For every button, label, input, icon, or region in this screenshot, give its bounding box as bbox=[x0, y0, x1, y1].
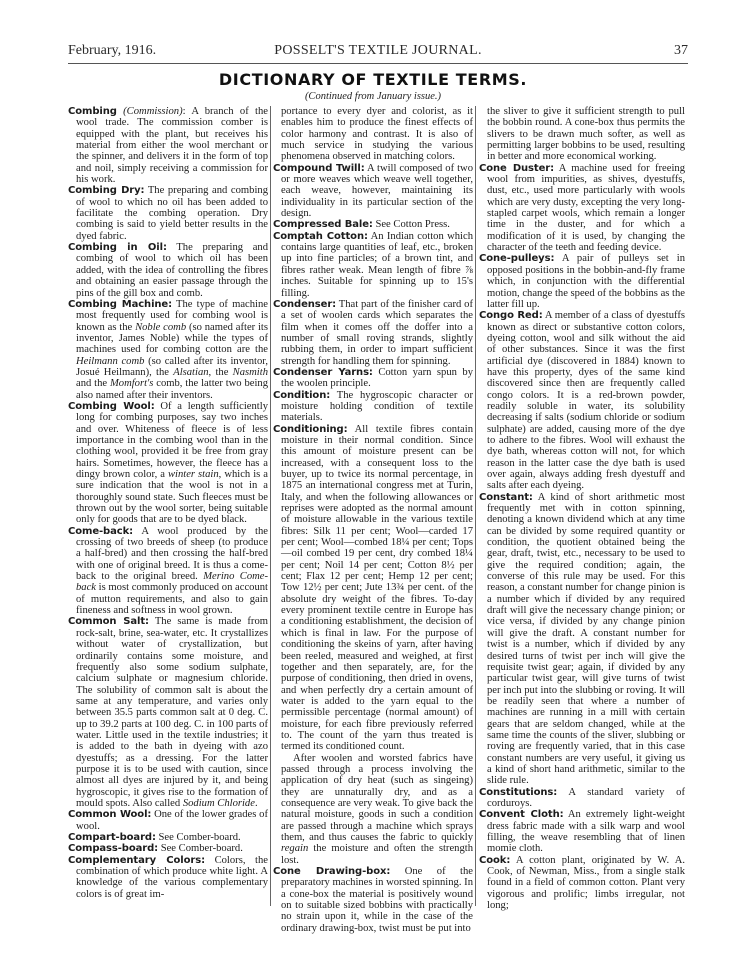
entry-definition: A kind of short arithmetic most frequent… bbox=[487, 492, 685, 787]
italic-term: regain bbox=[281, 843, 308, 854]
entry-definition: See Comber-board. bbox=[156, 832, 241, 843]
italic-term: Sodium Chloride bbox=[183, 798, 255, 809]
entry-definition: A cotton plant, originated by W. A. Cook… bbox=[487, 855, 685, 911]
entry-definition: : A branch of the wool trade. The commis… bbox=[76, 106, 268, 185]
entry-term: Convent Cloth: bbox=[479, 809, 564, 820]
entry-term: Compound Twill: bbox=[273, 163, 365, 174]
dictionary-entry: Cone Drawing-box: One of the preparatory… bbox=[273, 866, 473, 934]
dictionary-entry: Cone-pulleys: A pair of pulleys set in o… bbox=[479, 253, 685, 310]
column-1: Combing (Commission): A branch of the wo… bbox=[68, 106, 268, 900]
entry-term: Combing Machine: bbox=[68, 299, 172, 310]
article-subtitle: (Continued from January issue.) bbox=[0, 91, 746, 102]
entry-term: Condenser Yarns: bbox=[273, 367, 373, 378]
entry-definition: is most commonly produced on account of … bbox=[76, 582, 268, 616]
entry-term: Complementary Colors: bbox=[68, 855, 205, 866]
dictionary-entry: Compart-board: See Comber-board. bbox=[68, 832, 268, 843]
italic-term: Alsatian bbox=[173, 367, 208, 378]
header-rule bbox=[68, 63, 688, 64]
entry-term: Cone Drawing-box: bbox=[273, 866, 390, 877]
continued-text: portance to every dyer and colorist, as … bbox=[273, 106, 473, 163]
entry-term: Condition: bbox=[273, 390, 330, 401]
dictionary-entry: Combing Machine: The type of machine mos… bbox=[68, 299, 268, 401]
entry-definition: All textile fibres contain moisture in t… bbox=[281, 424, 473, 753]
dictionary-entry: Condenser Yarns: Cotton yarn spun by the… bbox=[273, 367, 473, 390]
entry-term: Congo Red: bbox=[479, 310, 543, 321]
italic-term: Momfort's bbox=[110, 378, 153, 389]
running-head: February, 1916. POSSELT'S TEXTILE JOURNA… bbox=[68, 43, 688, 59]
entry-term: Comptah Cotton: bbox=[273, 231, 368, 242]
journal-name: POSSELT'S TEXTILE JOURNAL. bbox=[68, 43, 688, 59]
column-divider bbox=[475, 106, 476, 906]
dictionary-entry: Cone Duster: A machine used for freeing … bbox=[479, 163, 685, 254]
dictionary-entry: Common Salt: The same is made from rock-… bbox=[68, 616, 268, 809]
entry-definition: See Cotton Press. bbox=[373, 219, 450, 230]
dictionary-entry: Condenser: That part of the finisher car… bbox=[273, 299, 473, 367]
entry-paragraph: After woolen and worsted fabrics have pa… bbox=[273, 753, 473, 866]
dictionary-entry: Condition: The hygroscopic character or … bbox=[273, 390, 473, 424]
dictionary-entry: Constitutions: A standard variety of cor… bbox=[479, 787, 685, 810]
entry-term: Constant: bbox=[479, 492, 533, 503]
dictionary-entry: Combing Wool: Of a length sufficiently l… bbox=[68, 401, 268, 526]
entry-term: Conditioning: bbox=[273, 424, 348, 435]
italic-term: winter stain bbox=[168, 469, 219, 480]
entry-definition: After woolen and worsted fabrics have pa… bbox=[281, 753, 473, 843]
entry-definition: . bbox=[255, 798, 258, 809]
dictionary-entry: Compressed Bale: See Cotton Press. bbox=[273, 219, 473, 230]
column-2: portance to every dyer and colorist, as … bbox=[273, 106, 473, 934]
dictionary-entry: Complementary Colors: Colors, the combin… bbox=[68, 855, 268, 900]
dictionary-entry: Constant: A kind of short arithmetic mos… bbox=[479, 492, 685, 787]
entry-definition: A machine used for freeing wool from imp… bbox=[487, 163, 685, 253]
entry-definition: , the bbox=[209, 367, 233, 378]
column-3: the sliver to give it sufficient strengt… bbox=[479, 106, 685, 911]
entry-term: Come-back: bbox=[68, 526, 133, 537]
entry-term: Combing Wool: bbox=[68, 401, 155, 412]
dictionary-entry: Congo Red: A member of a class of dyestu… bbox=[479, 310, 685, 492]
entry-definition: The same is made from rock-salt, brine, … bbox=[76, 616, 268, 809]
entry-term: Cone-pulleys: bbox=[479, 253, 554, 264]
entry-term: Constitutions: bbox=[479, 787, 557, 798]
article-title: DICTIONARY OF TEXTILE TERMS. bbox=[0, 70, 746, 89]
dictionary-entry: Convent Cloth: An extremely light-weight… bbox=[479, 809, 685, 854]
dictionary-entry: Comptah Cotton: An Indian cotton which c… bbox=[273, 231, 473, 299]
dictionary-entry: Compass-board: See Comber-board. bbox=[68, 843, 268, 854]
entry-term: Common Salt: bbox=[68, 616, 149, 627]
entry-term: Compass-board: bbox=[68, 843, 158, 854]
entry-term: Common Wool: bbox=[68, 809, 151, 820]
entry-definition: See Comber-board. bbox=[158, 843, 243, 854]
entry-definition: the moisture and often the strength lost… bbox=[281, 843, 473, 865]
entry-definition: and the bbox=[76, 378, 110, 389]
entry-qualifier: (Commission) bbox=[123, 106, 182, 117]
entry-term: Cone Duster: bbox=[479, 163, 554, 174]
dictionary-entry: Conditioning: All textile fibres contain… bbox=[273, 424, 473, 753]
italic-term: Noble comb bbox=[135, 322, 186, 333]
entry-term: Combing in Oil: bbox=[68, 242, 167, 253]
page-number: 37 bbox=[674, 43, 688, 59]
entry-term: Compressed Bale: bbox=[273, 219, 373, 230]
italic-term: Heilmann comb bbox=[76, 356, 144, 367]
dictionary-entry: Come-back: A wool produced by the crossi… bbox=[68, 526, 268, 617]
entry-term: Combing Dry: bbox=[68, 185, 144, 196]
dictionary-entry: Common Wool: One of the lower grades of … bbox=[68, 809, 268, 832]
entry-term: Cook: bbox=[479, 855, 510, 866]
column-divider bbox=[270, 106, 271, 906]
italic-term: Nasmith bbox=[233, 367, 268, 378]
entry-term: Condenser: bbox=[273, 299, 336, 310]
dictionary-entry: Combing in Oil: The preparing and combin… bbox=[68, 242, 268, 299]
entry-term: Compart-board: bbox=[68, 832, 156, 843]
dictionary-entry: Compound Twill: A twill composed of two … bbox=[273, 163, 473, 220]
entry-definition: A member of a class of dyestuffs known a… bbox=[487, 310, 685, 491]
dictionary-entry: Combing Dry: The preparing and combing o… bbox=[68, 185, 268, 242]
dictionary-entry: Cook: A cotton plant, originated by W. A… bbox=[479, 855, 685, 912]
entry-term: Combing bbox=[68, 106, 117, 117]
continued-text: the sliver to give it sufficient strengt… bbox=[479, 106, 685, 163]
dictionary-entry: Combing (Commission): A branch of the wo… bbox=[68, 106, 268, 185]
